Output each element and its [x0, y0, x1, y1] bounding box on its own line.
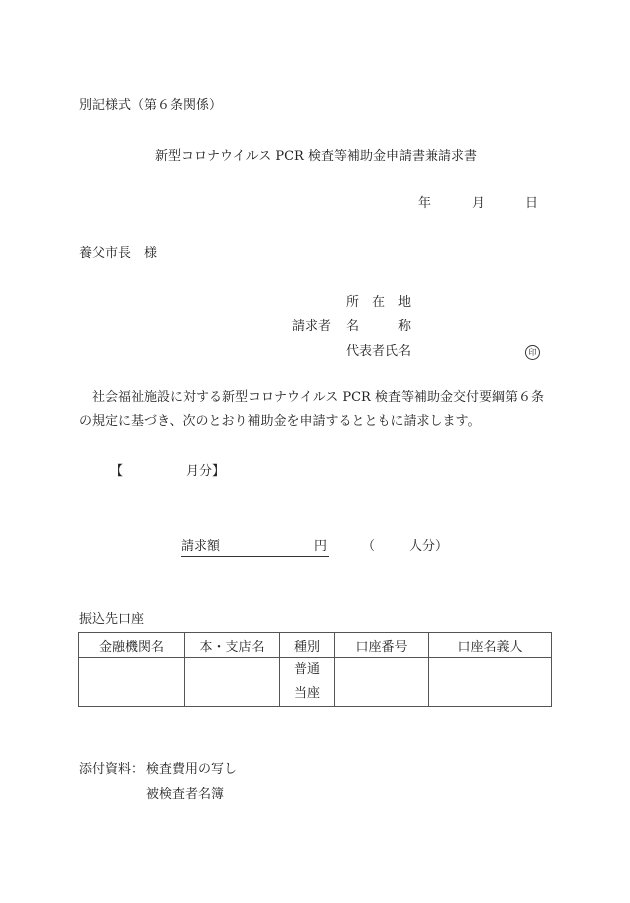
- column-header-account-number: 口座番号: [335, 633, 429, 658]
- account-number-cell[interactable]: [335, 658, 429, 707]
- form-label: 別記様式（第６条関係）: [79, 98, 222, 114]
- bank-name-cell[interactable]: [79, 658, 185, 707]
- month-portion-field[interactable]: [128, 464, 183, 480]
- claim-people-field[interactable]: [378, 539, 408, 555]
- claim-paren-open: （: [362, 539, 375, 555]
- date-day[interactable]: 日: [525, 196, 538, 212]
- claim-label: 請求額: [181, 539, 220, 554]
- document-title: 新型コロナウイルス PCR 検査等補助金申請書兼請求書: [155, 149, 477, 165]
- column-header-account-type: 種別: [280, 633, 335, 658]
- column-header-account-holder: 口座名義人: [429, 633, 552, 658]
- table-header-row: 金融機関名 本・支店名 種別 口座番号 口座名義人: [79, 633, 552, 658]
- seal-mark: 印: [525, 344, 540, 360]
- attachment-item-1: 検査費用の写し: [146, 762, 237, 778]
- date-year[interactable]: 年: [418, 196, 431, 212]
- account-holder-cell[interactable]: [429, 658, 552, 707]
- attachments-label: 添付資料：: [79, 762, 144, 778]
- month-portion-open: 【: [110, 464, 123, 480]
- seal-icon: 印: [525, 345, 540, 360]
- applicant-name-label: 名 称: [346, 319, 411, 335]
- date-month[interactable]: 月: [472, 196, 485, 212]
- column-header-bank-name: 金融機関名: [79, 633, 185, 658]
- attachment-item-2: 被検査者名簿: [146, 787, 224, 803]
- addressee: 養父市長 様: [79, 246, 157, 262]
- bank-account-table: 金融機関名 本・支店名 種別 口座番号 口座名義人 普通 当座: [78, 632, 552, 707]
- claim-unit: 円: [314, 539, 327, 555]
- representative-label: 代表者氏名: [346, 344, 411, 360]
- account-type-ordinary[interactable]: 普通: [280, 658, 334, 682]
- account-type-cell: 普通 当座: [280, 658, 335, 707]
- column-header-branch-name: 本・支店名: [185, 633, 280, 658]
- body-line-2: の規定に基づき、次のとおり補助金を申請するとともに請求します。: [79, 414, 480, 430]
- claim-people-suffix: 人分）: [409, 539, 448, 555]
- claim-amount-line[interactable]: 請求額 円: [181, 539, 329, 557]
- applicant-label: 請求者: [292, 319, 331, 335]
- month-portion-suffix: 月分】: [186, 464, 225, 480]
- body-line-1: 社会福祉施設に対する新型コロナウイルス PCR 検査等補助金交付要綱第６条: [92, 390, 544, 406]
- account-type-current[interactable]: 当座: [280, 682, 334, 706]
- applicant-address-label: 所 在 地: [346, 295, 411, 311]
- bank-account-heading: 振込先口座: [79, 612, 144, 628]
- branch-name-cell[interactable]: [185, 658, 280, 707]
- table-row: 普通 当座: [79, 658, 552, 707]
